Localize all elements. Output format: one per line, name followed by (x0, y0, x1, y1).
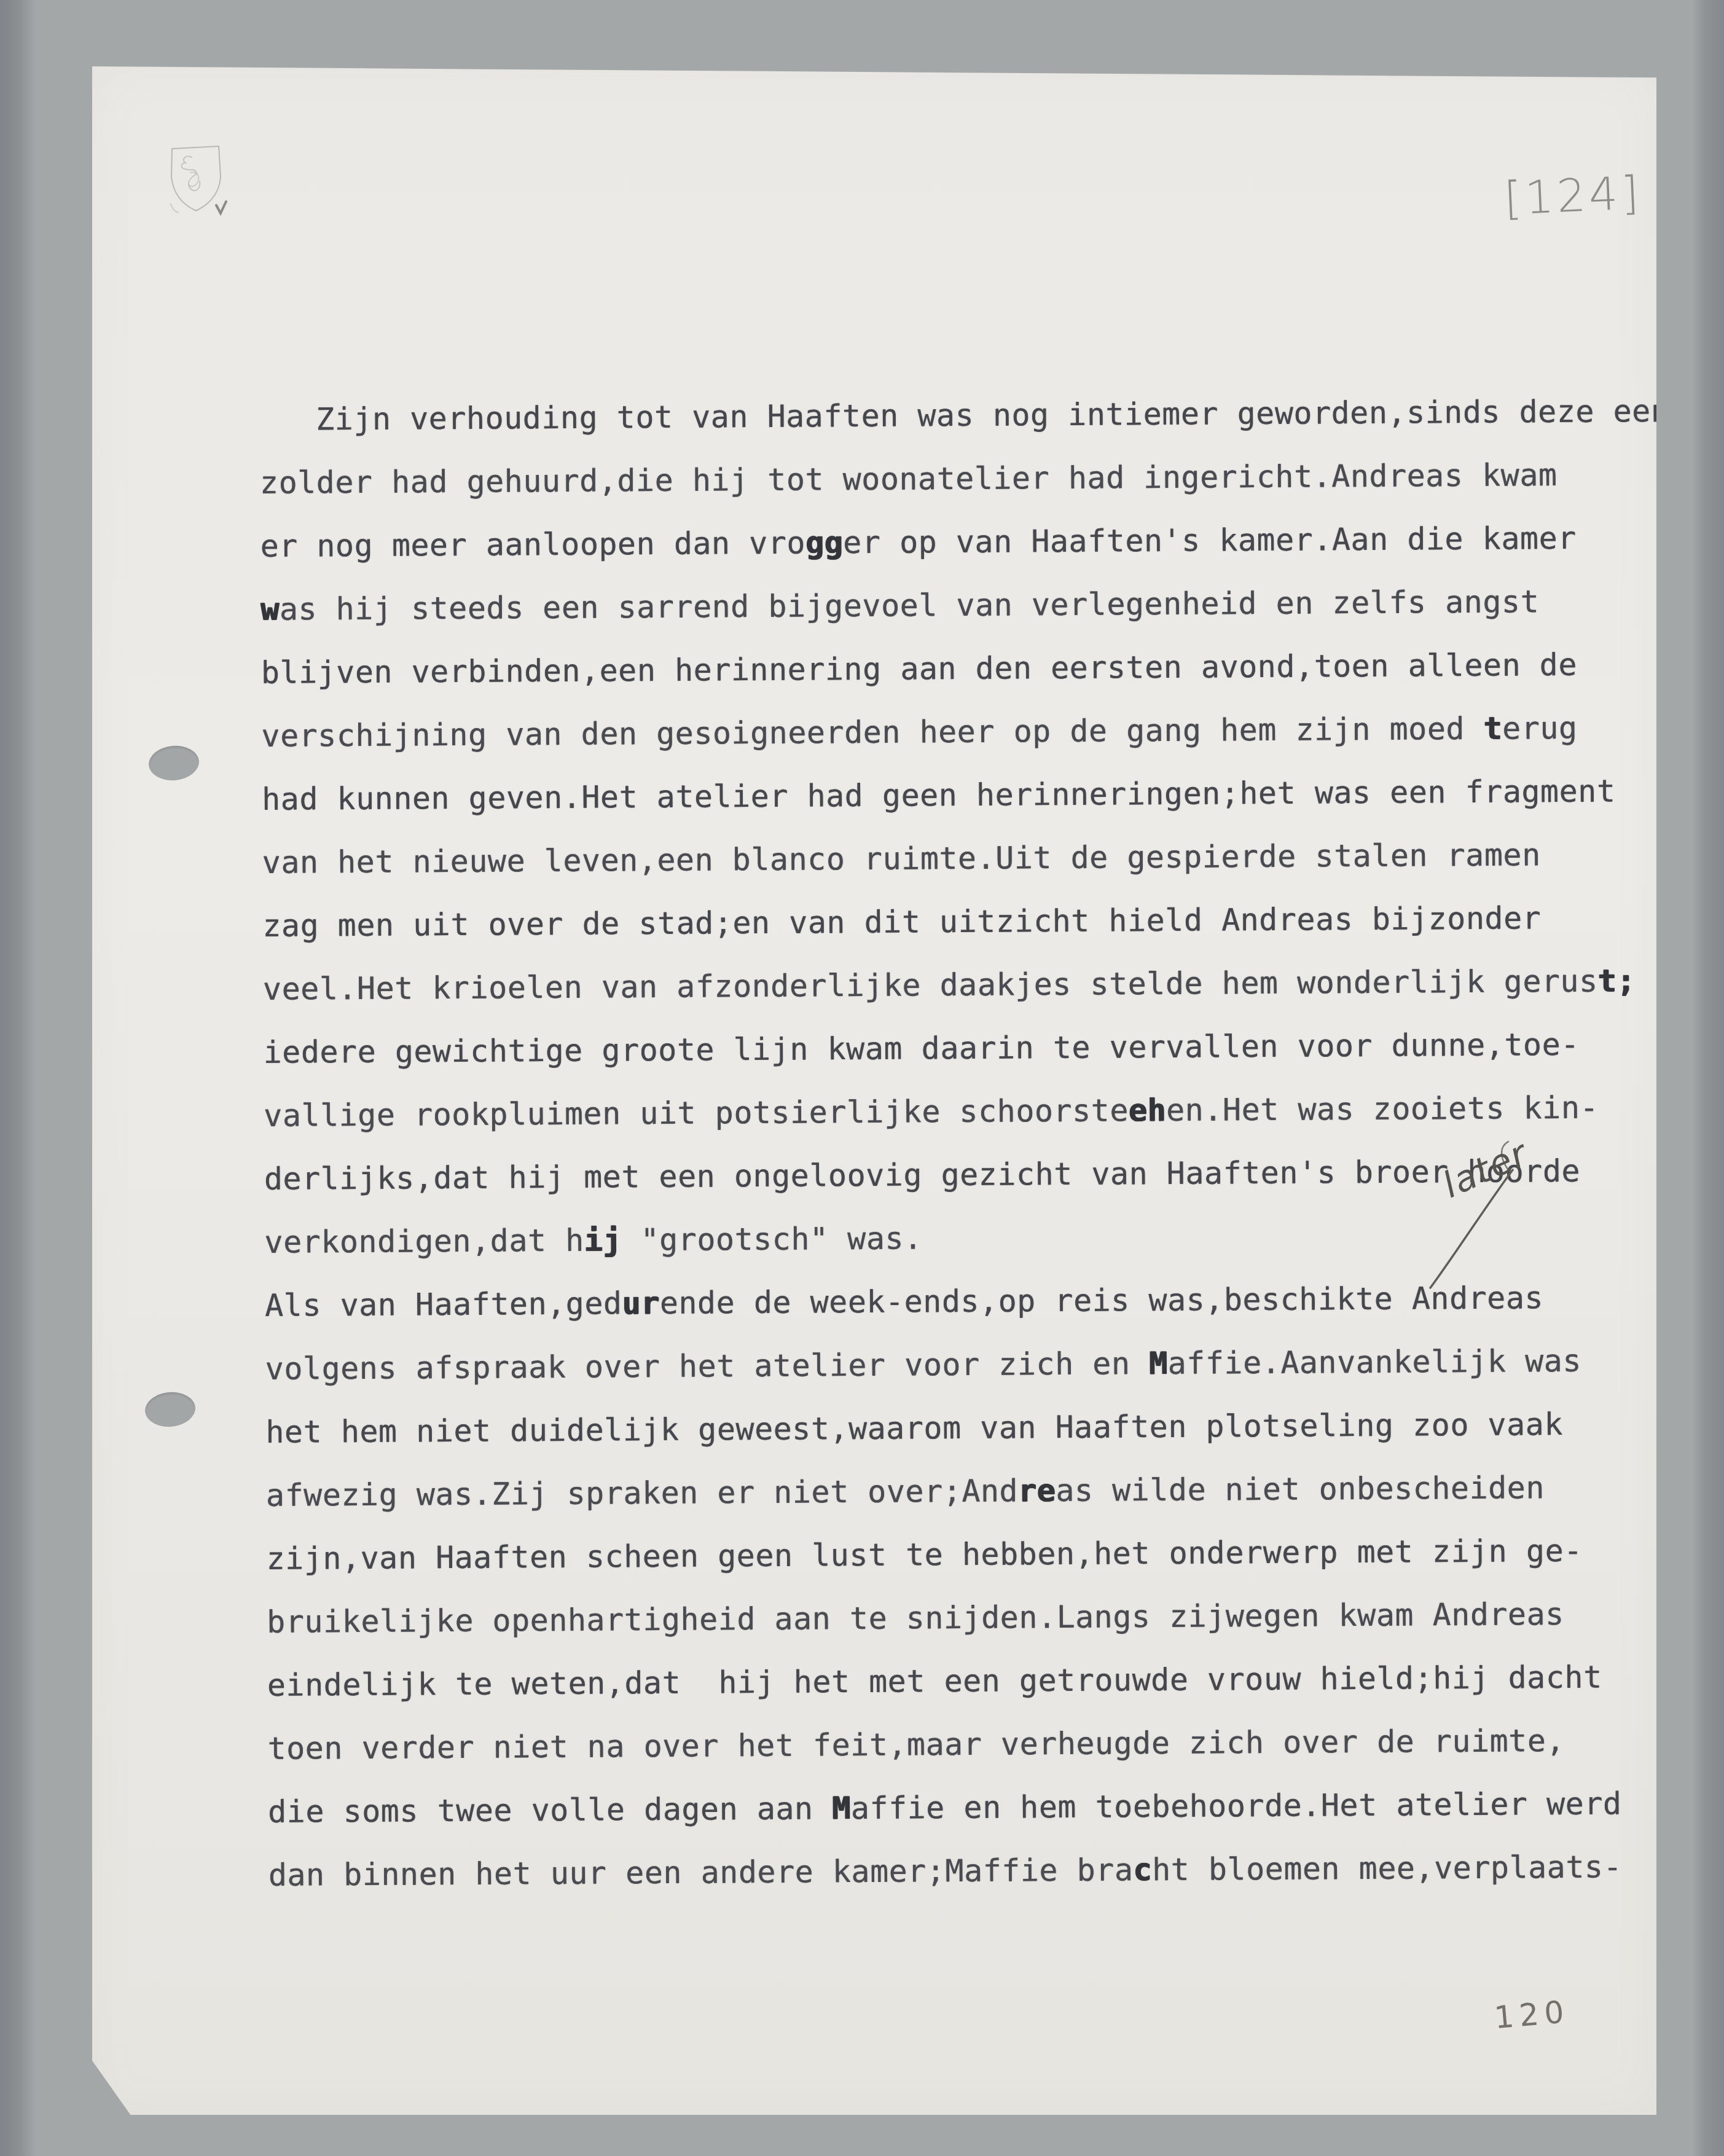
typed-line: het hem niet duidelijk geweest,waarom va… (265, 1392, 1673, 1464)
background-left-edge (0, 0, 36, 2156)
typed-line: toen verder niet na over het feit,maar v… (267, 1709, 1675, 1781)
typed-line: eindelijk te weten,dat hij het met een g… (267, 1645, 1675, 1717)
handwritten-insertion: later (1407, 1103, 1616, 1306)
torn-corner-edge (90, 2062, 131, 2118)
document-page: [124] Zijn verhouding tot van Haaften wa… (92, 66, 1656, 2115)
shield-bird-stamp-icon (163, 144, 231, 224)
background-right-edge (1692, 0, 1724, 2156)
typed-line: veel.Het krioelen van afzonderlijke daak… (263, 949, 1671, 1021)
typed-line: dan binnen het uur een andere kamer;Maff… (268, 1835, 1675, 1907)
typed-line: zolder had gehuurd,die hij tot woonateli… (260, 443, 1667, 515)
scan-background: [124] Zijn verhouding tot van Haaften wa… (0, 0, 1724, 2156)
typed-line: iedere gewichtige groote lijn kwam daari… (263, 1013, 1671, 1084)
typed-line: zijn,van Haaften scheen geen lust te heb… (266, 1519, 1674, 1591)
page-number-top: [124] (1503, 167, 1643, 225)
typed-line: bruikelijke openhartigheid aan te snijde… (267, 1582, 1674, 1654)
page-number-bottom: 120 (1493, 1994, 1571, 2036)
punch-hole-top (147, 744, 201, 783)
typed-line: blijven verbinden,een herinnering aan de… (261, 633, 1669, 705)
typed-line: zag men uit over de stad;en van dit uitz… (262, 886, 1670, 958)
typed-line: verschijning van den gesoigneerden heer … (261, 696, 1669, 768)
typed-line: er nog meer aanloopen dan vrogger op van… (260, 506, 1667, 578)
typed-line: was hij steeds een sarrend bijgevoel van… (261, 570, 1668, 641)
inserted-word: later (1436, 1132, 1535, 1206)
typed-line: van het nieuwe leven,een blanco ruimte.U… (262, 823, 1669, 895)
punch-hole-bottom (144, 1390, 197, 1429)
typed-line: die soms twee volle dagen aan Maffie en … (268, 1772, 1675, 1844)
typed-line: had kunnen geven.Het atelier had geen he… (262, 759, 1669, 831)
typed-line: Zijn verhouding tot van Haaften was nog … (259, 380, 1667, 452)
typed-line: volgens afspraak over het atelier voor z… (265, 1329, 1672, 1401)
typed-line: afwezig was.Zij spraken er niet over;And… (266, 1456, 1674, 1527)
